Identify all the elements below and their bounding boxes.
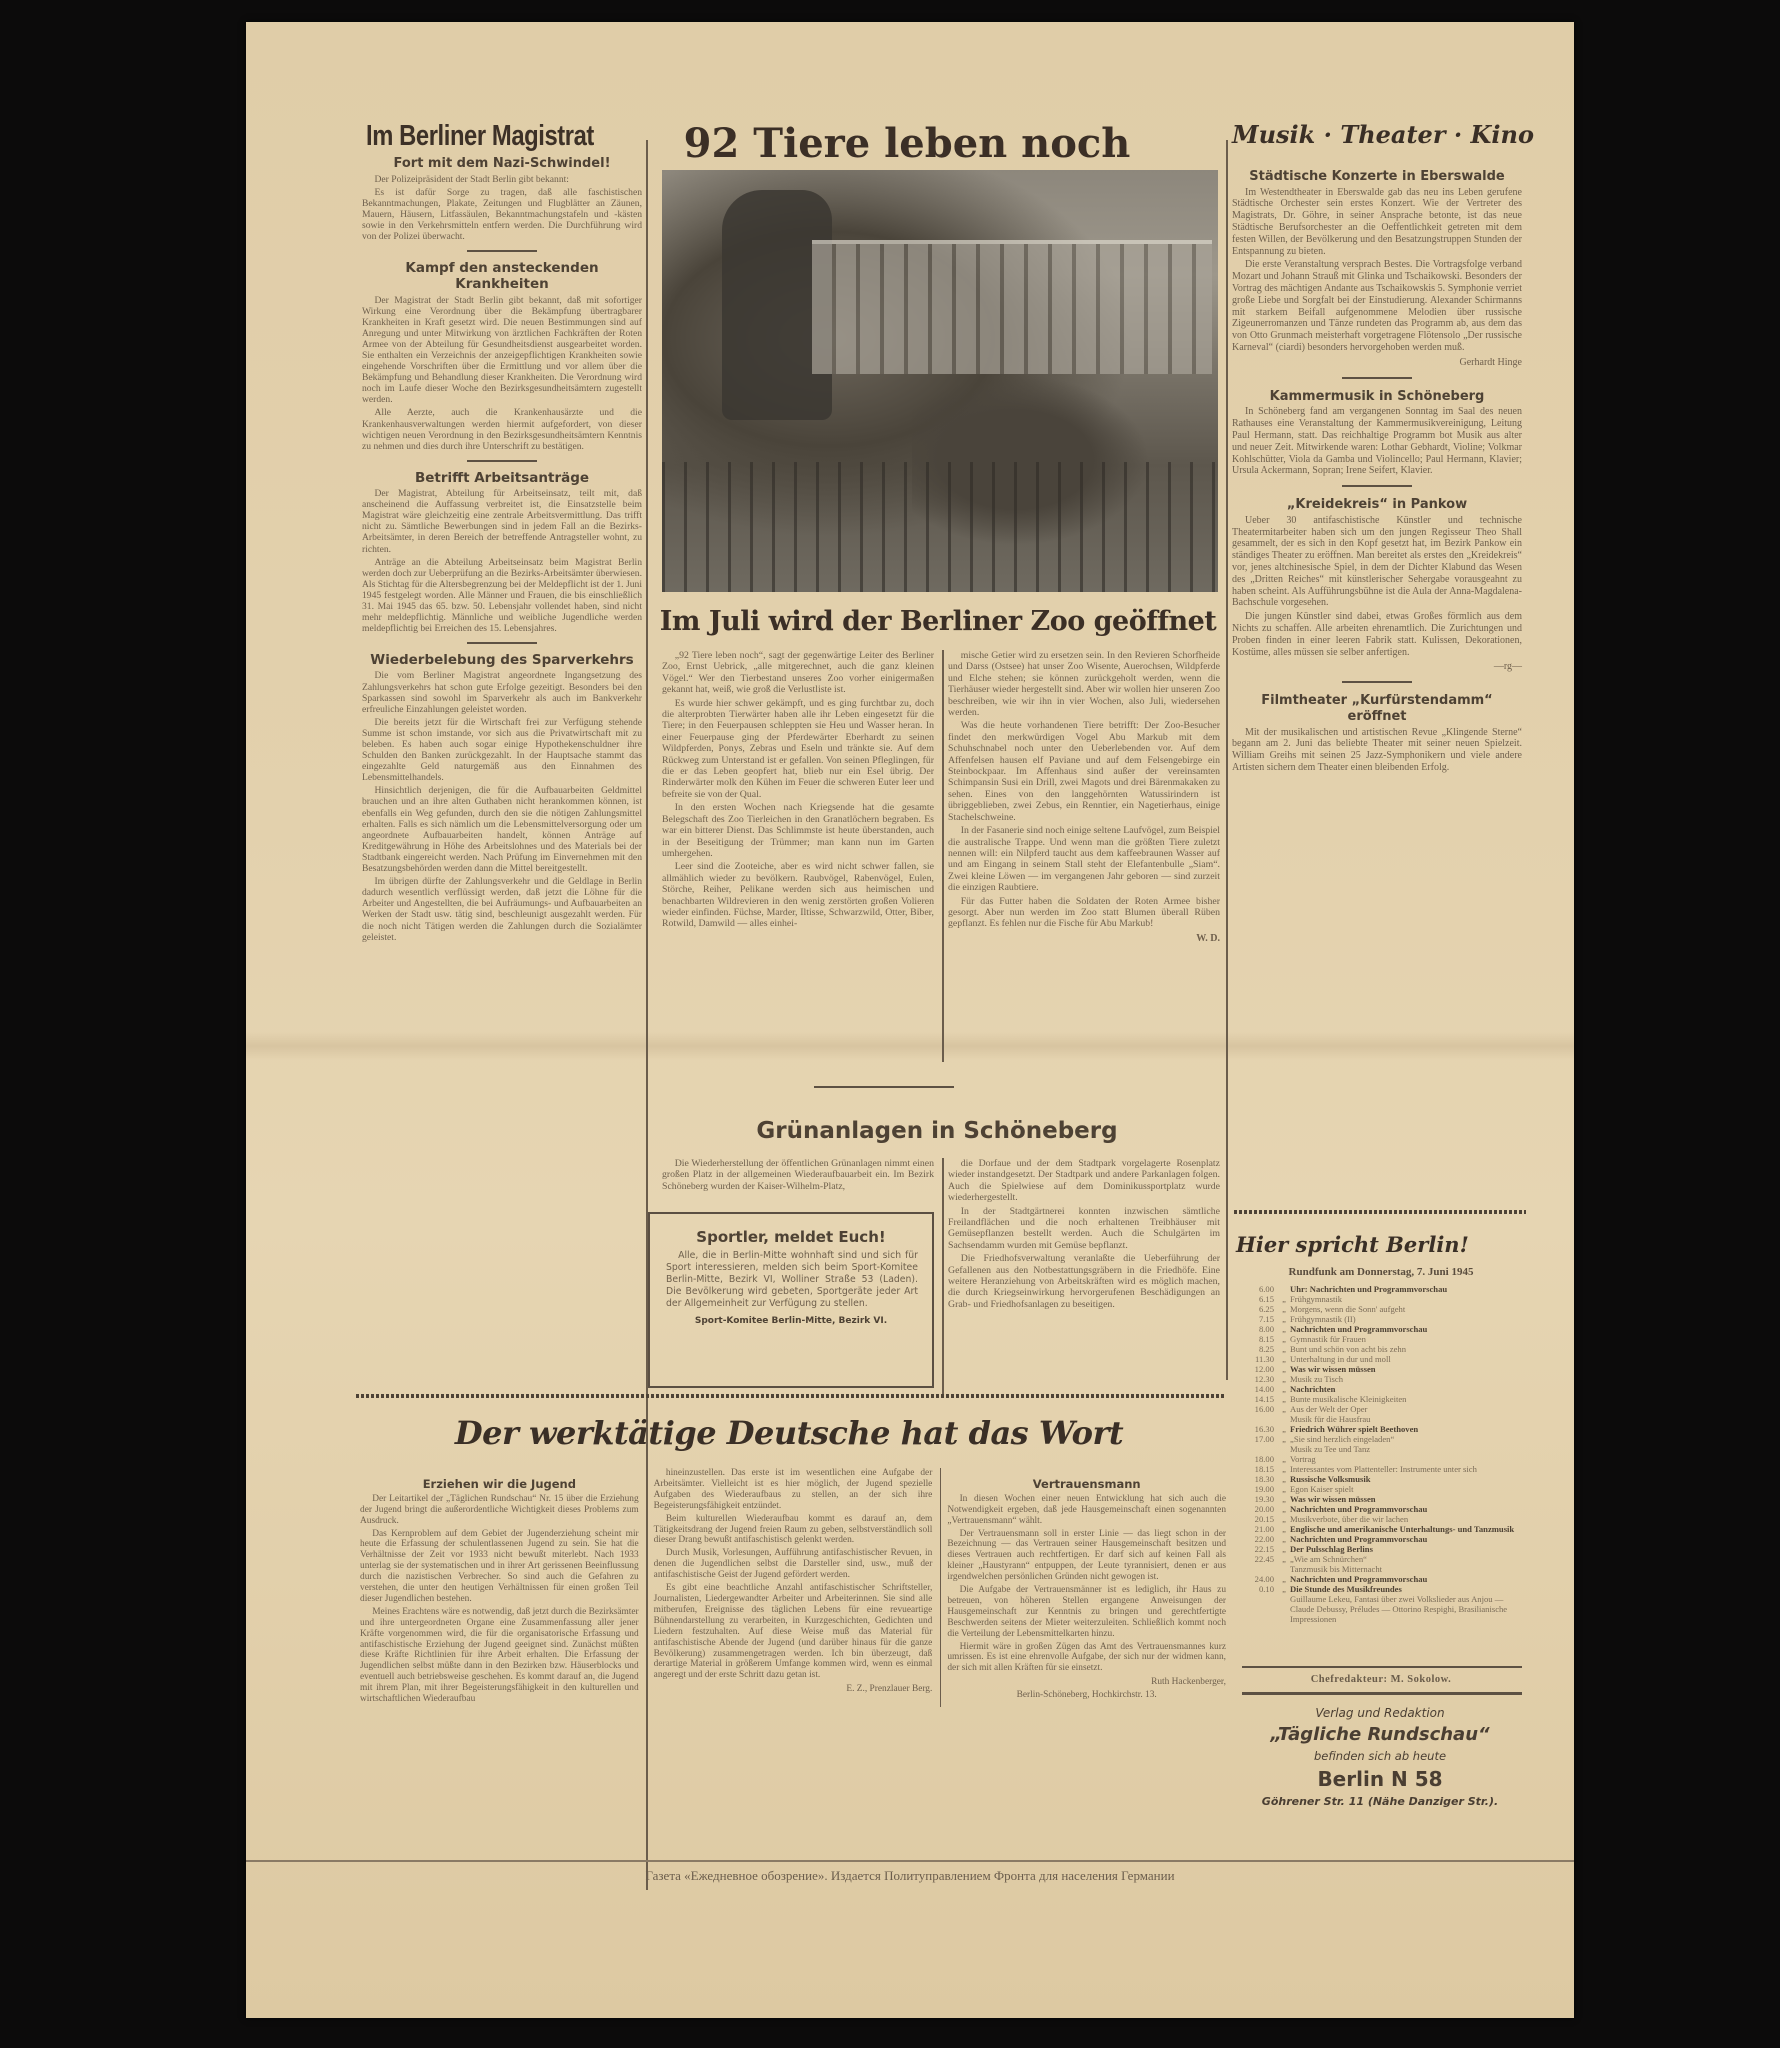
radio-program: Der Pulsschlag Berlins — [1290, 1544, 1526, 1554]
radio-ditto: „ — [1278, 1454, 1290, 1464]
radio-program: Nachrichten und Programmvorschau — [1290, 1324, 1526, 1334]
radio-program: Die Stunde des Musikfreundes — [1290, 1584, 1526, 1594]
zoo-article-col2: mische Getier wird zu ersetzen sein. In … — [948, 650, 1220, 945]
article-title: Filmtheater „Kurfürstendamm“ eröffnet — [1232, 693, 1522, 724]
radio-ditto: „ — [1278, 1524, 1290, 1534]
radio-time: 8.15 — [1234, 1334, 1278, 1344]
radio-program-row: 8.25„Bunt und schön von acht bis zehn — [1234, 1344, 1526, 1354]
radio-program-row: 22.00„Nachrichten und Programmvorschau — [1234, 1534, 1526, 1544]
article-signature: Ruth Hackenberger, — [947, 1676, 1226, 1689]
column-rule — [1226, 140, 1228, 1380]
article-body: Im Westendtheater in Eberswalde gab das … — [1232, 187, 1522, 354]
radio-program-row: 22.15„Der Pulsschlag Berlins — [1234, 1544, 1526, 1554]
radio-program-row: 12.00„Was wir wissen müssen — [1234, 1364, 1526, 1374]
publisher-notice: Verlag und Redaktion „Tägliche Rundschau… — [1232, 1706, 1528, 1808]
article-paragraph: Ueber 30 antifaschistische Künstler und … — [1232, 515, 1522, 609]
article-body: Ueber 30 antifaschistische Künstler und … — [1232, 515, 1522, 659]
article-paragraph: Alle Aerzte, auch die Krankenhausärzte u… — [362, 407, 642, 451]
radio-program-row: Guillaume Lekeu, Fantasi über zwei Volks… — [1234, 1594, 1526, 1624]
zoo-headline: 92 Tiere leben noch — [654, 120, 1160, 167]
article-title: Städtische Konzerte in Eberswalde — [1232, 169, 1522, 185]
radio-program: Was wir wissen müssen — [1290, 1364, 1526, 1374]
radio-time: 14.15 — [1234, 1394, 1278, 1404]
radio-ditto — [1278, 1564, 1290, 1574]
article-divider — [1342, 681, 1412, 683]
radio-ditto: „ — [1278, 1374, 1290, 1384]
sport-body-text: Alle, die in Berlin-Mitte wohnhaft sind … — [666, 1250, 918, 1310]
radio-program: Musik zu Tee und Tanz — [1290, 1444, 1526, 1454]
radio-program-row: 6.00Uhr: Nachrichten und Programmvorscha… — [1234, 1284, 1526, 1294]
radio-time: 19.30 — [1234, 1494, 1278, 1504]
radio-ditto: „ — [1278, 1464, 1290, 1474]
article-signature: —rg— — [1232, 660, 1522, 673]
footer-imprint: Газета «Ежедневное обозрение». Издается … — [246, 1868, 1574, 1884]
radio-program: Egon Kaiser spielt — [1290, 1484, 1526, 1494]
radio-ditto: „ — [1278, 1534, 1290, 1544]
radio-ditto: „ — [1278, 1484, 1290, 1494]
zoo-article-col1: „92 Tiere leben noch“, sagt der gegenwär… — [662, 650, 934, 932]
article-paragraph: Der Vertrauensmann soll in erster Linie … — [947, 1529, 1226, 1584]
radio-program-row: Musik für die Hausfrau — [1234, 1414, 1526, 1424]
radio-ditto: „ — [1278, 1404, 1290, 1414]
article-paragraph: Meines Erachtens wäre es notwendig, daß … — [360, 1607, 639, 1705]
radio-time: 6.00 — [1234, 1284, 1278, 1294]
gruen-col1: Die Wiederherstellung der öffentlichen G… — [662, 1158, 934, 1194]
radio-time: 11.30 — [1234, 1354, 1278, 1364]
article-body: Der Magistrat der Stadt Berlin gibt beka… — [362, 295, 642, 452]
radio-program: Musik zu Tisch — [1290, 1374, 1526, 1384]
radio-ditto — [1278, 1594, 1290, 1624]
radio-program-row: 16.00„Aus der Welt der Oper — [1234, 1404, 1526, 1414]
article-signature: E. Z., Prenzlauer Berg. — [654, 1683, 933, 1696]
divider — [1242, 1666, 1522, 1668]
radio-program: Bunte musikalische Kleinigkeiten — [1290, 1394, 1526, 1404]
radio-time: 22.45 — [1234, 1554, 1278, 1564]
radio-program-row: 8.00„Nachrichten und Programmvorschau — [1234, 1324, 1526, 1334]
article-paragraph: Für das Futter haben die Soldaten der Ro… — [948, 896, 1220, 930]
radio-ditto: „ — [1278, 1324, 1290, 1334]
radio-time: 14.00 — [1234, 1384, 1278, 1394]
editor-line: Chefredakteur: M. Sokolow. — [1236, 1674, 1526, 1685]
article-paragraph: Die bereits jetzt für die Wirtschaft fre… — [362, 717, 642, 784]
sport-body: Alle, die in Berlin-Mitte wohnhaft sind … — [650, 1246, 932, 1310]
article-paragraph: Die erste Veranstaltung versprach Bestes… — [1232, 259, 1522, 353]
article-paragraph: Es ist dafür Sorge zu tragen, daß alle f… — [362, 187, 642, 242]
section-divider — [814, 1086, 954, 1088]
radio-program: Friedrich Wührer spielt Beethoven — [1290, 1424, 1526, 1434]
radio-program-row: 20.15„Musikverbote, über die wir lachen — [1234, 1514, 1526, 1524]
article-body: Der Magistrat, Abteilung für Arbeitseins… — [362, 488, 642, 634]
radio-program-row: 19.30„Was wir wissen müssen — [1234, 1494, 1526, 1504]
radio-program: „Wie am Schnürchen“ — [1290, 1554, 1526, 1564]
article-signature: Gerhardt Hinge — [1232, 356, 1522, 369]
article-paragraph: In der Fasanerie sind noch einige selten… — [948, 825, 1220, 893]
radio-program: Aus der Welt der Oper — [1290, 1404, 1526, 1414]
article-title: Wiederbelebung des Sparverkehrs — [362, 652, 642, 668]
article-title: Erziehen wir die Jugend — [360, 1478, 639, 1492]
radio-program-row: 6.15„Frühgymnastik — [1234, 1294, 1526, 1304]
radio-program: Morgens, wenn die Sonn' aufgeht — [1290, 1304, 1526, 1314]
radio-time: 22.00 — [1234, 1534, 1278, 1544]
article-paragraph: Hinsichtlich derjenigen, die für die Auf… — [362, 785, 642, 874]
left-masthead: Im Berliner Magistrat — [366, 120, 592, 153]
article-paragraph: die Dorfaue und der dem Stadtpark vorgel… — [948, 1158, 1220, 1204]
radio-program: Was wir wissen müssen — [1290, 1494, 1526, 1504]
publisher-line3: befinden sich ab heute — [1232, 1749, 1528, 1763]
radio-program: Unterhaltung in dur und moll — [1290, 1354, 1526, 1364]
article-body: In Schöneberg fand am vergangenen Sonnta… — [1232, 406, 1522, 477]
article-paragraph: Der Magistrat, Abteilung für Arbeitseins… — [362, 488, 642, 555]
publisher-name: „Tägliche Rundschau“ — [1232, 1724, 1528, 1745]
radio-time: 21.00 — [1234, 1524, 1278, 1534]
radio-ditto: „ — [1278, 1384, 1290, 1394]
radio-time: 12.30 — [1234, 1374, 1278, 1384]
article-title: Fort mit dem Nazi-Schwindel! — [362, 156, 642, 172]
article-paragraph: Es wurde hier schwer gekämpft, und es gi… — [662, 698, 934, 801]
radio-program-row: 18.15„Interessantes vom Plattenteller: I… — [1234, 1464, 1526, 1474]
radio-program-row: 7.15„Frühgymnastik (II) — [1234, 1314, 1526, 1324]
article-divider — [1342, 485, 1412, 487]
article-paragraph: Was die heute vorhandenen Tiere betrifft… — [948, 720, 1220, 823]
radio-time: 18.30 — [1234, 1474, 1278, 1484]
radio-time: 8.25 — [1234, 1344, 1278, 1354]
article-body: Die vom Berliner Magistrat angeordnete I… — [362, 670, 642, 942]
article-paragraph: mische Getier wird zu ersetzen sein. In … — [948, 650, 1220, 718]
radio-program-row: 21.00„Englische und amerikanische Unterh… — [1234, 1524, 1526, 1534]
bottom-banner: Der werktätige Deutsche hat das Wort — [354, 1414, 1224, 1452]
article-paragraph: Der Leitartikel der „Täglichen Rundschau… — [360, 1494, 639, 1527]
radio-title: Hier spricht Berlin! — [1236, 1232, 1469, 1257]
radio-ditto: „ — [1278, 1434, 1290, 1444]
radio-program-row: 12.30„Musik zu Tisch — [1234, 1374, 1526, 1384]
radio-program-row: 14.00„Nachrichten — [1234, 1384, 1526, 1394]
publisher-address: Göhrener Str. 11 (Nähe Danziger Str.). — [1232, 1795, 1528, 1808]
dotted-divider — [356, 1394, 1224, 1398]
radio-time: 6.25 — [1234, 1304, 1278, 1314]
radio-program-row: 0.10„Die Stunde des Musikfreundes — [1234, 1584, 1526, 1594]
article-paragraph: Das Kernproblem auf dem Gebiet der Jugen… — [360, 1529, 639, 1605]
radio-time: 16.00 — [1234, 1404, 1278, 1414]
sport-title: Sportler, meldet Euch! — [650, 1228, 932, 1246]
article-signature-address: Berlin-Schöneberg, Hochkirchstr. 13. — [947, 1689, 1226, 1702]
article-paragraph: Mit der musikalischen und artistischen R… — [1232, 727, 1522, 774]
article-paragraph: „92 Tiere leben noch“, sagt der gegenwär… — [662, 650, 934, 696]
bottom-article-column: hineinzustellen. Das erste ist im wesent… — [647, 1468, 933, 1707]
radio-program-row: 18.00„Vortrag — [1234, 1454, 1526, 1464]
article-paragraph: In der Stadtgärtnerei konnten inzwischen… — [948, 1206, 1220, 1252]
article-body: Der Leitartikel der „Täglichen Rundschau… — [360, 1494, 639, 1705]
radio-ditto: „ — [1278, 1514, 1290, 1524]
radio-program-row: 14.15„Bunte musikalische Kleinigkeiten — [1234, 1394, 1526, 1404]
radio-time — [1234, 1414, 1278, 1424]
article-paragraph: Hiermit wäre in großen Zügen das Amt des… — [947, 1642, 1226, 1675]
fence — [662, 462, 1218, 592]
radio-program: „Sie sind herzlich eingeladen“ — [1290, 1434, 1526, 1444]
radio-ditto: „ — [1278, 1554, 1290, 1564]
article-paragraph: Durch Musik, Vorlesungen, Aufführung ant… — [654, 1548, 933, 1581]
radio-ditto: „ — [1278, 1504, 1290, 1514]
article-divider — [467, 460, 537, 462]
radio-time: 20.15 — [1234, 1514, 1278, 1524]
article-divider — [467, 250, 537, 252]
radio-ditto: „ — [1278, 1394, 1290, 1404]
article-paragraph: Es gibt eine beachtliche Anzahl antifasc… — [654, 1583, 933, 1681]
radio-ditto: „ — [1278, 1574, 1290, 1584]
radio-program-row: 17.00„„Sie sind herzlich eingeladen“ — [1234, 1434, 1526, 1444]
radio-ditto: „ — [1278, 1364, 1290, 1374]
radio-program-row: 22.45„„Wie am Schnürchen“ — [1234, 1554, 1526, 1564]
radio-time: 20.00 — [1234, 1504, 1278, 1514]
radio-program: Nachrichten und Programmvorschau — [1290, 1574, 1526, 1584]
article-paragraph: Die jungen Künstler sind dabei, etwas Gr… — [1232, 611, 1522, 658]
radio-ditto: „ — [1278, 1474, 1290, 1484]
publisher-city: Berlin N 58 — [1232, 1767, 1528, 1791]
article-paragraph: In den ersten Wochen nach Kriegsende hat… — [662, 802, 934, 859]
article-divider — [1342, 377, 1412, 379]
zoo-building — [812, 240, 1212, 374]
article-title: Kampf den ansteckenden Krankheiten — [362, 260, 642, 292]
article-paragraph: Im Westendtheater in Eberswalde gab das … — [1232, 187, 1522, 258]
gruen-paragraph: Die Wiederherstellung der öffentlichen G… — [662, 1158, 934, 1192]
bottom-article-column: VertrauensmannIn diesen Wochen einer neu… — [940, 1468, 1226, 1707]
radio-ditto: „ — [1278, 1354, 1290, 1364]
radio-time: 22.15 — [1234, 1544, 1278, 1554]
article-paragraph: hineinzustellen. Das erste ist im wesent… — [654, 1468, 933, 1512]
article-paragraph: In diesen Wochen einer neuen Entwicklung… — [947, 1494, 1226, 1527]
footer-rule — [246, 1860, 1574, 1862]
article-divider — [467, 642, 537, 644]
radio-ditto — [1278, 1414, 1290, 1424]
bottom-columns: Erziehen wir die JugendDer Leitartikel d… — [360, 1468, 1226, 1707]
publisher-line1: Verlag und Redaktion — [1232, 1706, 1528, 1720]
radio-ditto — [1278, 1444, 1290, 1454]
radio-program-row: 19.00„Egon Kaiser spielt — [1234, 1484, 1526, 1494]
radio-ditto: „ — [1278, 1544, 1290, 1554]
radio-program-row: 11.30„Unterhaltung in dur und moll — [1234, 1354, 1526, 1364]
article-body: Mit der musikalischen und artistischen R… — [1232, 727, 1522, 774]
radio-program-row: 16.30„Friedrich Wührer spielt Beethoven — [1234, 1424, 1526, 1434]
radio-program-row: 18.30„Russische Volksmusik — [1234, 1474, 1526, 1484]
article-paragraph: Beim kulturellen Wiederaufbau kommt es d… — [654, 1514, 933, 1547]
paper-fold — [246, 1032, 1574, 1060]
gruen-col2: die Dorfaue und der dem Stadtpark vorgel… — [948, 1158, 1220, 1312]
radio-program: Musikverbote, über die wir lachen — [1290, 1514, 1526, 1524]
right-masthead: Musik · Theater · Kino — [1232, 120, 1532, 149]
radio-program: Interessantes vom Plattenteller: Instrum… — [1290, 1464, 1526, 1474]
article-title: „Kreidekreis“ in Pankow — [1232, 497, 1522, 513]
radio-time: 7.15 — [1234, 1314, 1278, 1324]
newspaper-page: Im Berliner Magistrat Fort mit dem Nazi-… — [246, 22, 1574, 2018]
radio-program: Frühgymnastik — [1290, 1294, 1526, 1304]
radio-program: Russische Volksmusik — [1290, 1474, 1526, 1484]
article-title: Kammermusik in Schöneberg — [1232, 389, 1522, 405]
article-paragraph: Der Polizeipräsident der Stadt Berlin gi… — [362, 174, 642, 185]
zoo-subhead: Im Juli wird der Berliner Zoo geöffnet — [648, 606, 1228, 637]
radio-time: 6.15 — [1234, 1294, 1278, 1304]
radio-ditto — [1278, 1284, 1290, 1294]
article-title: Betrifft Arbeitsanträge — [362, 470, 642, 486]
article-paragraph: Der Magistrat der Stadt Berlin gibt beka… — [362, 295, 642, 406]
radio-program-row: 8.15„Gymnastik für Frauen — [1234, 1334, 1526, 1344]
radio-program: Englische und amerikanische Unterhaltung… — [1290, 1524, 1526, 1534]
radio-program: Vortrag — [1290, 1454, 1526, 1464]
radio-subtitle: Rundfunk am Donnerstag, 7. Juni 1945 — [1236, 1266, 1526, 1278]
sport-notice-box: Sportler, meldet Euch! Alle, die in Berl… — [648, 1212, 934, 1388]
article-paragraph: Die Friedhofsverwaltung veranlaßte die U… — [948, 1253, 1220, 1310]
radio-ditto: „ — [1278, 1494, 1290, 1504]
radio-program: Nachrichten — [1290, 1384, 1526, 1394]
radio-time: 18.15 — [1234, 1464, 1278, 1474]
radio-time: 24.00 — [1234, 1574, 1278, 1584]
radio-ditto: „ — [1278, 1314, 1290, 1324]
bottom-article-column: Erziehen wir die JugendDer Leitartikel d… — [360, 1468, 639, 1707]
radio-time — [1234, 1594, 1278, 1624]
radio-program: Uhr: Nachrichten und Programmvorschau — [1290, 1284, 1526, 1294]
radio-time: 16.30 — [1234, 1424, 1278, 1434]
radio-program-row: 6.25„Morgens, wenn die Sonn' aufgeht — [1234, 1304, 1526, 1314]
zoo-photo — [662, 170, 1218, 592]
radio-program-row: 20.00„Nachrichten und Programmvorschau — [1234, 1504, 1526, 1514]
radio-program-row: Tanzmusik bis Mitternacht — [1234, 1564, 1526, 1574]
dotted-divider — [1234, 1210, 1526, 1214]
radio-ditto: „ — [1278, 1334, 1290, 1344]
radio-time — [1234, 1564, 1278, 1574]
radio-time — [1234, 1444, 1278, 1454]
sport-signature: Sport-Komitee Berlin-Mitte, Bezirk VI. — [650, 1316, 932, 1326]
radio-program: Bunt und schön von acht bis zehn — [1290, 1344, 1526, 1354]
article-title: Vertrauensmann — [947, 1478, 1226, 1492]
radio-program-list: 6.00Uhr: Nachrichten und Programmvorscha… — [1234, 1284, 1526, 1624]
article-signature: W. D. — [948, 932, 1220, 945]
radio-ditto: „ — [1278, 1424, 1290, 1434]
column-rule — [942, 1158, 944, 1398]
radio-time: 17.00 — [1234, 1434, 1278, 1444]
article-paragraph: Leer sind die Zooteiche, aber es wird ni… — [662, 861, 934, 929]
radio-ditto: „ — [1278, 1304, 1290, 1314]
right-column: Städtische Konzerte in EberswaldeIm West… — [1232, 167, 1522, 776]
radio-program: Frühgymnastik (II) — [1290, 1314, 1526, 1324]
column-rule — [942, 650, 944, 1062]
radio-program: Tanzmusik bis Mitternacht — [1290, 1564, 1526, 1574]
article-paragraph: Die Aufgabe der Vertrauensmänner ist es … — [947, 1585, 1226, 1640]
radio-program: Gymnastik für Frauen — [1290, 1334, 1526, 1344]
radio-program-row: Musik zu Tee und Tanz — [1234, 1444, 1526, 1454]
radio-program: Guillaume Lekeu, Fantasi über zwei Volks… — [1290, 1594, 1526, 1624]
radio-ditto: „ — [1278, 1584, 1290, 1594]
article-paragraph: In Schöneberg fand am vergangenen Sonnta… — [1232, 406, 1522, 477]
radio-ditto: „ — [1278, 1344, 1290, 1354]
article-paragraph: Im übrigen dürfte der Zahlungsverkehr un… — [362, 876, 642, 943]
radio-time: 18.00 — [1234, 1454, 1278, 1464]
radio-ditto: „ — [1278, 1294, 1290, 1304]
article-body: hineinzustellen. Das erste ist im wesent… — [654, 1468, 933, 1681]
radio-time: 19.00 — [1234, 1484, 1278, 1494]
article-body: In diesen Wochen einer neuen Entwicklung… — [947, 1494, 1226, 1675]
article-paragraph: Anträge an die Abteilung Arbeitseinsatz … — [362, 557, 642, 635]
radio-time: 8.00 — [1234, 1324, 1278, 1334]
left-column: Fort mit dem Nazi-Schwindel!Der Polizeip… — [362, 154, 642, 945]
article-body: Der Polizeipräsident der Stadt Berlin gi… — [362, 174, 642, 243]
radio-program: Musik für die Hausfrau — [1290, 1414, 1526, 1424]
radio-time: 0.10 — [1234, 1584, 1278, 1594]
gruen-title: Grünanlagen in Schöneberg — [654, 1118, 1220, 1144]
divider — [1242, 1692, 1522, 1695]
radio-program-row: 24.00„Nachrichten und Programmvorschau — [1234, 1574, 1526, 1584]
article-paragraph: Die vom Berliner Magistrat angeordnete I… — [362, 670, 642, 714]
radio-time: 12.00 — [1234, 1364, 1278, 1374]
radio-program: Nachrichten und Programmvorschau — [1290, 1504, 1526, 1514]
radio-program: Nachrichten und Programmvorschau — [1290, 1534, 1526, 1544]
